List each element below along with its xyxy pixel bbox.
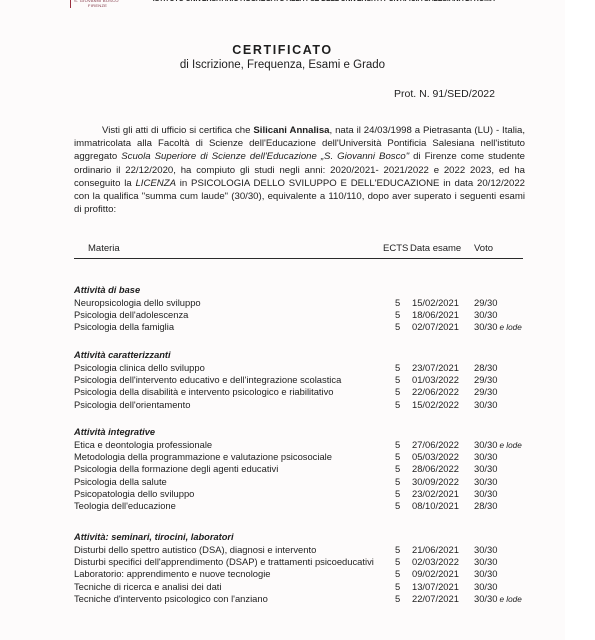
exam-date: 22/07/2021 — [412, 593, 459, 605]
table-row: Psicologia dell'intervento educativo e d… — [74, 374, 534, 386]
section-title: Attività integrative — [74, 426, 534, 439]
exam-date: 08/10/2021 — [412, 500, 459, 512]
exam-subject: Disturbi specifici dell'apprendimento (D… — [74, 556, 374, 568]
exam-section: Attività integrativeEtica e deontologia … — [74, 426, 534, 512]
exam-date: 05/03/2022 — [412, 451, 459, 463]
exam-subject: Psicologia della famiglia — [74, 321, 174, 333]
exam-grade: 28/30 — [474, 500, 497, 512]
exam-subject: Neuropsicologia dello sviluppo — [74, 297, 201, 309]
grade-value: 30/30 — [474, 439, 497, 450]
exam-date: 18/06/2021 — [412, 309, 459, 321]
student-name: Silicani Annalisa — [253, 125, 329, 136]
exam-date: 02/07/2021 — [412, 321, 459, 333]
grade-value: 30/30 — [474, 476, 497, 487]
exam-grade: 30/30 — [474, 581, 497, 593]
table-row: Tecniche di ricerca e analisi dei dati51… — [74, 581, 534, 593]
exam-subject: Psicologia dell'adolescenza — [74, 309, 188, 321]
exam-subject: Psicologia della disabilità e intervento… — [74, 386, 334, 398]
section-title: Attività di base — [74, 284, 534, 297]
protocol-number: Prot. N. 91/SED/2022 — [394, 88, 495, 100]
exam-ects: 5 — [395, 309, 400, 321]
table-row: Psicologia clinica dello sviluppo523/07/… — [74, 362, 534, 374]
exam-subject: Etica e deontologia professionale — [74, 439, 212, 451]
section-title: Attività: seminari, tirocini, laboratori — [74, 531, 534, 544]
exam-date: 27/06/2022 — [412, 439, 459, 451]
header-ects: ECTS — [383, 243, 408, 254]
table-row: Laboratorio: apprendimento e nuove tecno… — [74, 568, 534, 580]
exam-date: 28/06/2022 — [412, 463, 459, 475]
exam-ects: 5 — [395, 386, 400, 398]
exam-grade: 30/30 — [474, 556, 497, 568]
exam-subject: Psicologia clinica dello sviluppo — [74, 362, 205, 374]
institute-name: ISTITUTO UNIVERSITARIO AGGREGATO ALLA FS… — [153, 0, 553, 3]
body-text-1: Visti gli atti di ufficio si certifica c… — [102, 125, 253, 136]
exam-ects: 5 — [395, 321, 400, 333]
exam-section: Attività caratterizzantiPsicologia clini… — [74, 349, 534, 411]
exam-ects: 5 — [395, 593, 400, 605]
exam-grade: 28/30 — [474, 362, 497, 374]
exam-grade: 30/30 — [474, 309, 497, 321]
exam-grade: 30/30 — [474, 463, 497, 475]
exam-ects: 5 — [395, 362, 400, 374]
grade-value: 30/30 — [474, 321, 497, 332]
grade-value: 30/30 — [474, 581, 497, 592]
exam-subject: Laboratorio: apprendimento e nuove tecno… — [74, 568, 271, 580]
exam-grade: 30/30e lode — [474, 321, 522, 334]
table-row: Teologia dell'educazione508/10/202128/30 — [74, 500, 534, 512]
grade-value: 29/30 — [474, 297, 497, 308]
honors-label: e lode — [499, 323, 521, 332]
exam-section: Attività di baseNeuropsicologia dello sv… — [74, 284, 534, 334]
document-subtitle: di Iscrizione, Frequenza, Esami e Grado — [0, 59, 565, 71]
exam-subject: Psicologia della salute — [74, 476, 167, 488]
exam-date: 02/03/2022 — [412, 556, 459, 568]
table-row: Etica e deontologia professionale527/06/… — [74, 439, 534, 451]
scan-margin — [565, 0, 595, 640]
grade-value: 30/30 — [474, 399, 497, 410]
exam-ects: 5 — [395, 463, 400, 475]
exam-subject: Tecniche di ricerca e analisi dei dati — [74, 581, 221, 593]
exam-grade: 29/30 — [474, 386, 497, 398]
exam-date: 09/02/2021 — [412, 568, 459, 580]
honors-label: e lode — [499, 441, 521, 450]
exam-subject: Psicologia dell'orientamento — [74, 399, 190, 411]
grade-value: 28/30 — [474, 362, 497, 373]
exam-date: 15/02/2021 — [412, 297, 459, 309]
exam-date: 23/07/2021 — [412, 362, 459, 374]
table-row: Disturbi dello spettro autistico (DSA), … — [74, 544, 534, 556]
header-divider — [74, 258, 523, 259]
honors-label: e lode — [499, 595, 521, 604]
table-row: Disturbi specifici dell'apprendimento (D… — [74, 556, 534, 568]
exam-date: 30/09/2022 — [412, 476, 459, 488]
table-row: Psicologia della salute530/09/202230/30 — [74, 476, 534, 488]
grade-value: 30/30 — [474, 593, 497, 604]
exam-ects: 5 — [395, 476, 400, 488]
table-row: Metodologia della programmazione e valut… — [74, 451, 534, 463]
table-row: Psicologia dell'adolescenza518/06/202130… — [74, 309, 534, 321]
exam-grade: 30/30 — [474, 399, 497, 411]
logo: S. GIOVANNI BOSCO FIRENZE — [74, 0, 134, 8]
exams-table-header: Materia ECTS Data esame Voto — [74, 243, 523, 256]
letterhead: S. GIOVANNI BOSCO FIRENZE ISTITUTO UNIVE… — [0, 0, 565, 8]
exam-grade: 30/30 — [474, 451, 497, 463]
certificate-body: Visti gli atti di ufficio si certifica c… — [74, 124, 525, 216]
grade-value: 30/30 — [474, 451, 497, 462]
exam-grade: 29/30 — [474, 374, 497, 386]
exam-subject: Psicologia della formazione degli agenti… — [74, 463, 278, 475]
exam-ects: 5 — [395, 500, 400, 512]
exam-subject: Psicologia dell'intervento educativo e d… — [74, 374, 341, 386]
exam-date: 13/07/2021 — [412, 581, 459, 593]
header-voto: Voto — [474, 243, 493, 254]
exam-date: 01/03/2022 — [412, 374, 459, 386]
exam-ects: 5 — [395, 544, 400, 556]
logo-city: FIRENZE — [74, 3, 134, 8]
exam-subject: Psicopatologia dello sviluppo — [74, 488, 194, 500]
exam-ects: 5 — [395, 488, 400, 500]
grade-value: 28/30 — [474, 500, 497, 511]
exam-date: 22/06/2022 — [412, 386, 459, 398]
table-row: Neuropsicologia dello sviluppo515/02/202… — [74, 297, 534, 309]
exam-grade: 30/30e lode — [474, 593, 522, 606]
exam-subject: Teologia dell'educazione — [74, 500, 176, 512]
table-row: Psicopatologia dello sviluppo523/02/2021… — [74, 488, 534, 500]
exam-ects: 5 — [395, 568, 400, 580]
grade-value: 30/30 — [474, 568, 497, 579]
exam-section: Attività: seminari, tirocini, laboratori… — [74, 531, 534, 605]
table-row: Psicologia della formazione degli agenti… — [74, 463, 534, 475]
table-row: Psicologia della disabilità e intervento… — [74, 386, 534, 398]
exam-date: 23/02/2021 — [412, 488, 459, 500]
exam-grade: 30/30 — [474, 488, 497, 500]
exam-grade: 29/30 — [474, 297, 497, 309]
exam-date: 15/02/2022 — [412, 399, 459, 411]
exam-subject: Disturbi dello spettro autistico (DSA), … — [74, 544, 316, 556]
exam-ects: 5 — [395, 581, 400, 593]
grade-value: 30/30 — [474, 544, 497, 555]
exam-ects: 5 — [395, 297, 400, 309]
table-row: Psicologia dell'orientamento515/02/20223… — [74, 399, 534, 411]
certificate-page: S. GIOVANNI BOSCO FIRENZE ISTITUTO UNIVE… — [0, 0, 565, 640]
grade-value: 30/30 — [474, 463, 497, 474]
exam-subject: Metodologia della programmazione e valut… — [74, 451, 332, 463]
header-materia: Materia — [88, 243, 120, 254]
exam-grade: 30/30 — [474, 544, 497, 556]
grade-value: 30/30 — [474, 488, 497, 499]
exam-grade: 30/30 — [474, 568, 497, 580]
degree-type: LICENZA — [135, 178, 176, 189]
exam-grade: 30/30 — [474, 476, 497, 488]
grade-value: 29/30 — [474, 374, 497, 385]
grade-value: 29/30 — [474, 386, 497, 397]
school-name: Scuola Superiore di Scienze dell'Educazi… — [121, 151, 409, 162]
exam-subject: Tecniche d'intervento psicologico con l'… — [74, 593, 268, 605]
exam-ects: 5 — [395, 556, 400, 568]
exam-ects: 5 — [395, 439, 400, 451]
grade-value: 30/30 — [474, 556, 497, 567]
grade-value: 30/30 — [474, 309, 497, 320]
table-row: Psicologia della famiglia502/07/202130/3… — [74, 321, 534, 333]
exam-date: 21/06/2021 — [412, 544, 459, 556]
header-data-esame: Data esame — [410, 243, 461, 254]
section-title: Attività caratterizzanti — [74, 349, 534, 362]
table-row: Tecniche d'intervento psicologico con l'… — [74, 593, 534, 605]
document-title: CERTIFICATO — [0, 43, 565, 57]
exam-ects: 5 — [395, 451, 400, 463]
exam-ects: 5 — [395, 374, 400, 386]
exam-ects: 5 — [395, 399, 400, 411]
